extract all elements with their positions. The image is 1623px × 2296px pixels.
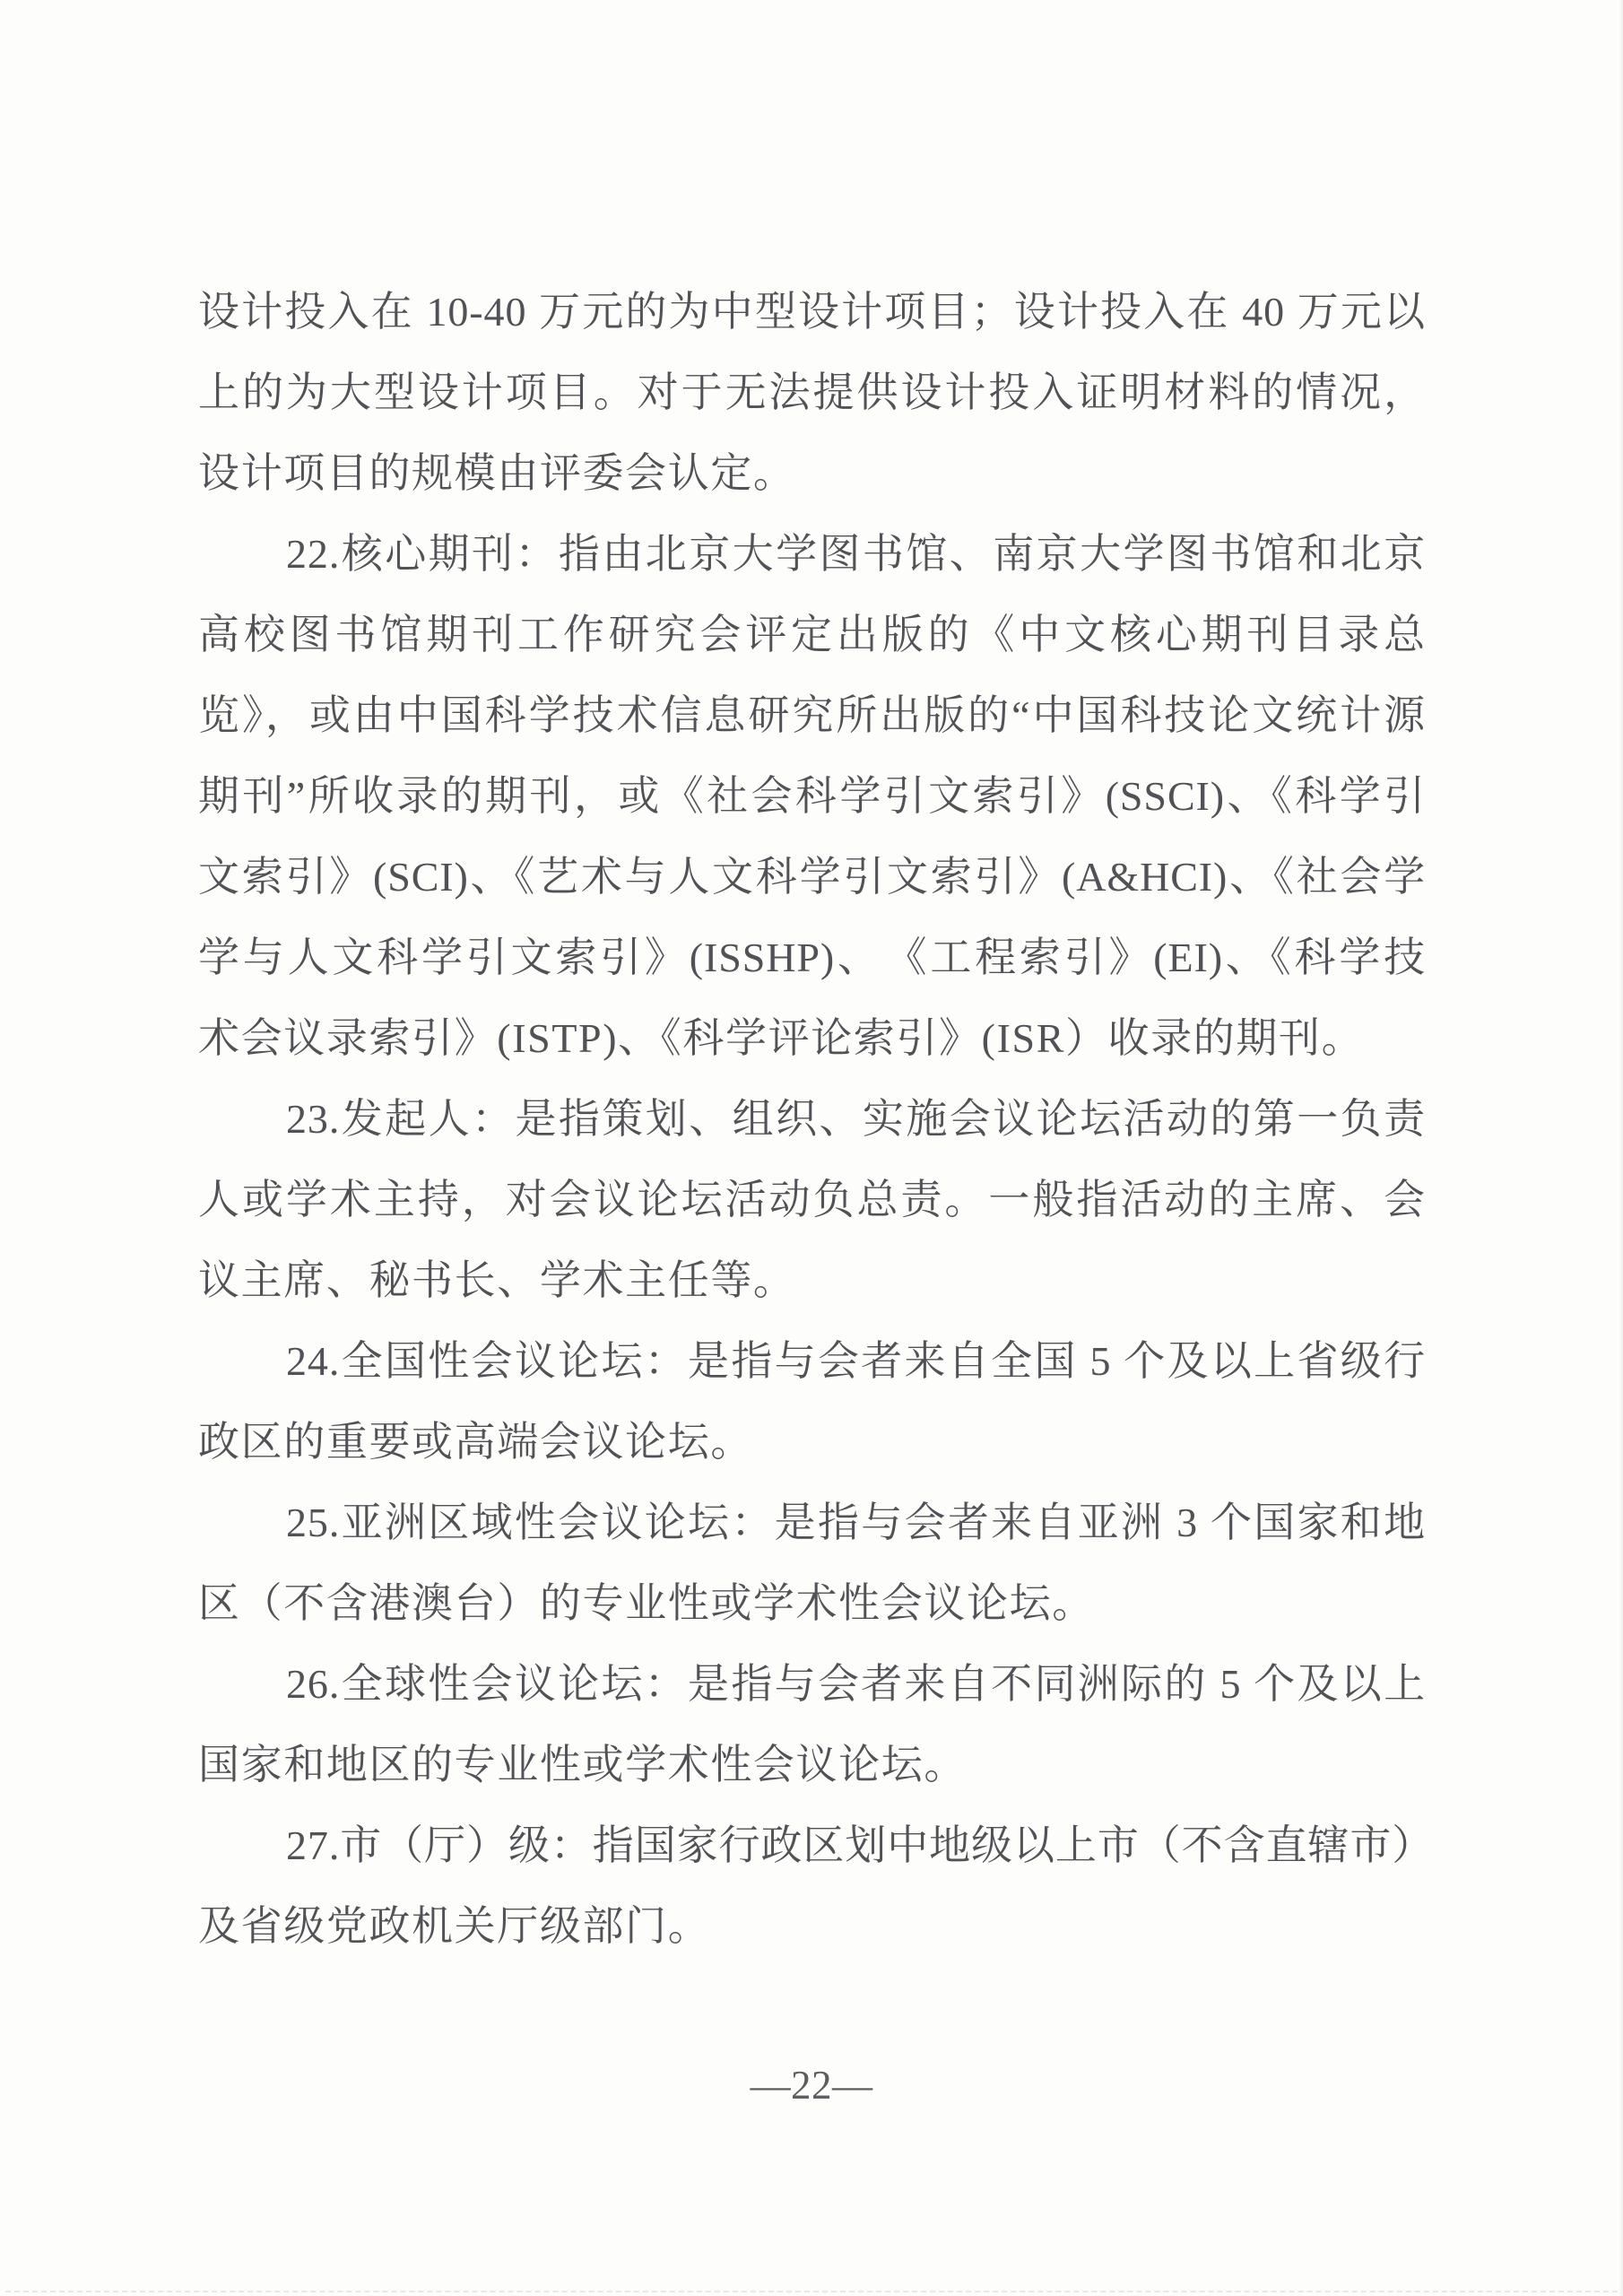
text-line: 高校图书馆期刊工作研究会评定出版的《中文核心期刊目录总 [198, 595, 1426, 675]
text-line: 览》，或由中国科学技术信息研究所出版的“中国科技论文统计源 [198, 675, 1426, 756]
text-line: 24.全国性会议论坛：是指与会者来自全国 5 个及以上省级行 [198, 1321, 1426, 1402]
text-line: 设计投入在 10-40 万元的为中型设计项目；设计投入在 40 万元以 [198, 272, 1426, 352]
text-line: 27.市（厅）级：指国家行政区划中地级以上市（不含直辖市） [198, 1805, 1426, 1886]
text-line: 术会议录索引》(ISTP)、《科学评论索引》(ISR）收录的期刊。 [198, 998, 1426, 1079]
page-edge-shadow [1619, 0, 1623, 2296]
text-line: 22.核心期刊：指由北京大学图书馆、南京大学图书馆和北京 [198, 514, 1426, 595]
text-line: 23.发起人：是指策划、组织、实施会议论坛活动的第一负责 [198, 1079, 1426, 1160]
text-line: 学与人文科学引文索引》(ISSHP)、 《工程索引》(EI)、《科学技 [198, 918, 1426, 998]
document-page: 设计投入在 10-40 万元的为中型设计项目；设计投入在 40 万元以上的为大型… [0, 0, 1623, 2296]
text-line: 上的为大型设计项目。对于无法提供设计投入证明材料的情况， [198, 352, 1426, 433]
text-line: 及省级党政机关厅级部门。 [198, 1886, 1426, 1967]
text-line: 政区的重要或高端会议论坛。 [198, 1402, 1426, 1483]
text-line: 设计项目的规模由评委会认定。 [198, 433, 1426, 514]
text-line: 25.亚洲区域性会议论坛：是指与会者来自亚洲 3 个国家和地 [198, 1483, 1426, 1563]
page-body: 设计投入在 10-40 万元的为中型设计项目；设计投入在 40 万元以上的为大型… [198, 272, 1426, 1967]
text-line: 区（不含港澳台）的专业性或学术性会议论坛。 [198, 1563, 1426, 1644]
text-line: 26.全球性会议论坛：是指与会者来自不同洲际的 5 个及以上 [198, 1644, 1426, 1725]
page-footer: —22— [0, 2058, 1623, 2112]
page-number: —22— [751, 2063, 873, 2108]
text-line: 期刊”所收录的期刊，或《社会科学引文索引》(SSCI)、《科学引 [198, 756, 1426, 837]
text-line: 国家和地区的专业性或学术性会议论坛。 [198, 1725, 1426, 1805]
text-line: 人或学术主持，对会议论坛活动负总责。一般指活动的主席、会 [198, 1160, 1426, 1240]
text-line: 议主席、秘书长、学术主任等。 [198, 1240, 1426, 1321]
text-line: 文索引》(SCI)、《艺术与人文科学引文索引》(A&HCI)、《社会学 [198, 837, 1426, 918]
scan-artifact-line [5, 2291, 1618, 2292]
